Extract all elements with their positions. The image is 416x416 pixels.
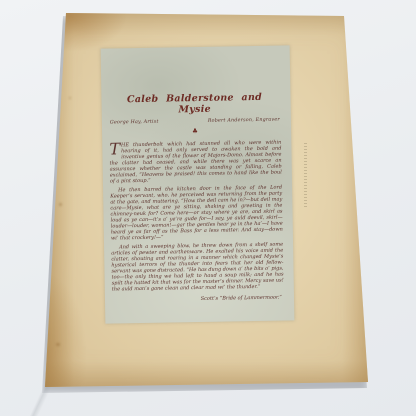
attribution: Scott’s “Bride of Lammermoor.” xyxy=(112,295,284,304)
body-text: THE thunderbolt which had stunned all wh… xyxy=(109,140,284,293)
engraver-credit: Robert Anderson, Engraver xyxy=(208,118,280,124)
tissue-overlay: Caleb Balderstone and Mysie George Hay, … xyxy=(101,45,295,323)
fleuron-icon: ♣ xyxy=(109,127,281,136)
paragraph: And with a sweeping blow, he threw down … xyxy=(111,242,284,293)
foxing-spot xyxy=(56,343,60,346)
marginal-imprint xyxy=(304,143,307,207)
foxing-spot xyxy=(59,203,62,206)
credits-row: George Hay, Artist Robert Anderson, Engr… xyxy=(110,118,280,126)
paragraph-text: HE thunderbolt which had stunned all who… xyxy=(110,140,282,185)
artist-credit: George Hay, Artist xyxy=(110,120,159,126)
plate-content: Caleb Balderstone and Mysie George Hay, … xyxy=(101,45,294,303)
plate-title: Caleb Balderstone and Mysie xyxy=(108,92,280,117)
foxing-spot xyxy=(69,97,71,99)
paragraph: He then barred the kitchen door in the f… xyxy=(110,185,283,242)
paragraph: THE thunderbolt which had stunned all wh… xyxy=(109,140,282,185)
drop-cap: T xyxy=(109,142,121,155)
print-page: Caleb Balderstone and Mysie George Hay, … xyxy=(45,13,368,387)
